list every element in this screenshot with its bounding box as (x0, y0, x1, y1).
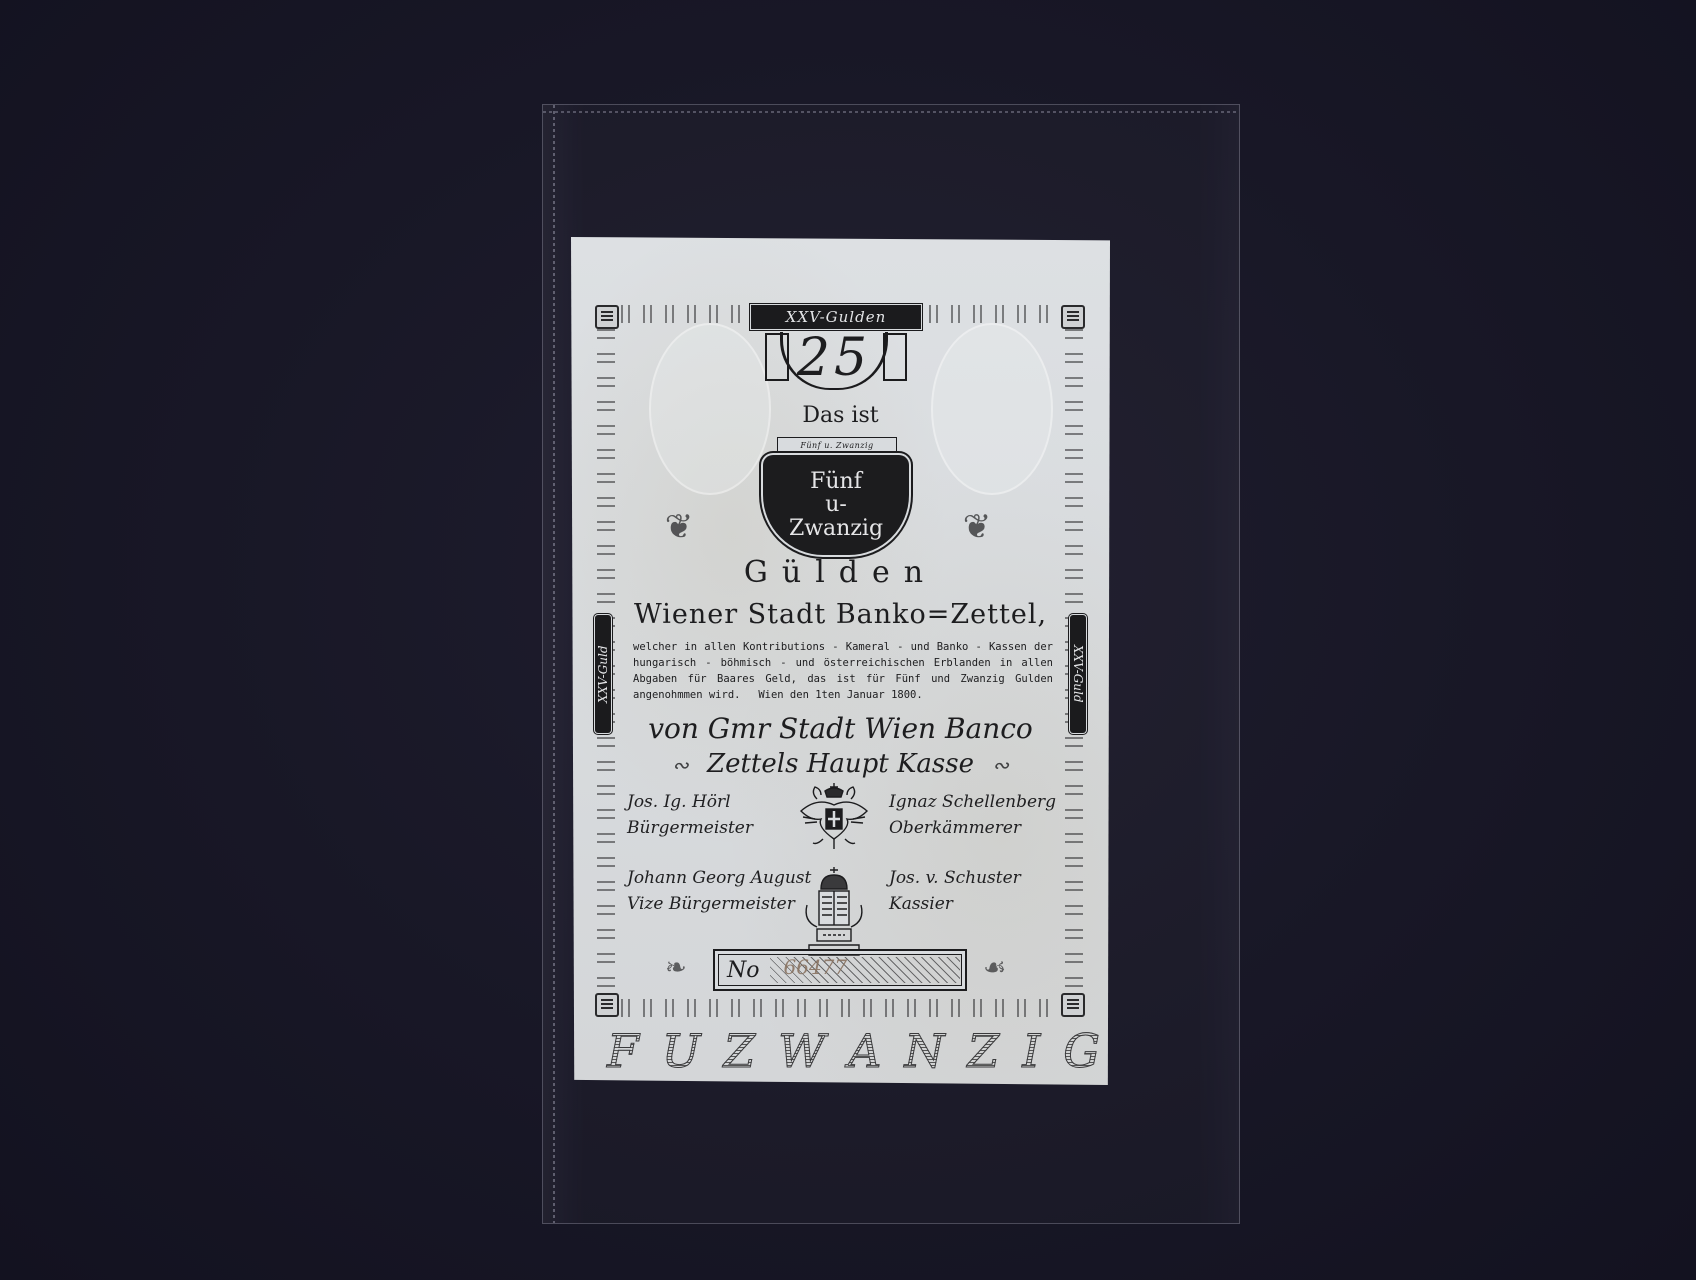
cartouche-caption: Fünf u. Zwanzig (777, 437, 897, 453)
banknote: XXV-Gulden 25 Das ist Fünf u. Zwanzig Fü… (571, 237, 1110, 1085)
serial-number-box: No 66477 (713, 949, 967, 991)
laurel-wreath-icon: ❦ (641, 507, 717, 547)
issue-date: Wien den 1ten Januar 1800. (571, 689, 1110, 701)
swash-ornament-icon: ∾ (982, 753, 1019, 777)
watermark-letter: U (662, 1024, 701, 1078)
top-denomination-label: XXV-Gulden (751, 305, 921, 329)
signature-title: Kassier (889, 891, 1021, 917)
denomination-shield: 25 (771, 329, 897, 393)
cartouche-line: Zwanzig (789, 517, 883, 540)
signature-block: Ignaz Schellenberg Oberkämmerer (889, 789, 1056, 841)
issuer-line-2: ∾ Zettels Haupt Kasse ∾ (571, 749, 1110, 779)
signature-name: Jos. v. Schuster (889, 865, 1021, 891)
signature-name: Jos. Ig. Hörl (627, 789, 753, 815)
double-headed-eagle-icon (793, 777, 875, 859)
watermark-letter: A (848, 1024, 881, 1078)
das-ist-text: Das ist (571, 403, 1110, 428)
laurel-wreath-icon: ❦ (939, 507, 1015, 547)
issuer-line-2-text: Zettels Haupt Kasse (707, 749, 974, 779)
watermark-letter: I (1022, 1024, 1040, 1078)
signature-name: Ignaz Schellenberg (889, 789, 1056, 815)
crowned-coat-of-arms-icon (799, 865, 869, 961)
signature-title: Vize Bürgermeister (627, 891, 811, 917)
note-title: Wiener Stadt Banko=Zettel, (571, 599, 1110, 630)
currency-word: Gülden (571, 555, 1110, 590)
watermark-letter: F (607, 1024, 639, 1078)
serial-hatching: 66477 (770, 957, 960, 983)
serial-handwritten: 66477 (784, 955, 848, 979)
signature-block: Jos. v. Schuster Kassier (889, 865, 1021, 917)
denomination-numeral: 25 (780, 332, 888, 390)
watermark-letter: Z (967, 1024, 999, 1078)
watermark-letter: G (1063, 1024, 1100, 1078)
value-cartouche: Fünf u- Zwanzig (763, 455, 909, 555)
cartouche-line: Fünf (810, 470, 862, 493)
scroll-ornament-icon: ☙ (983, 953, 1006, 983)
scroll-ornament-icon: ❧ (665, 953, 687, 983)
corner-rosette-icon (1061, 993, 1085, 1017)
corner-rosette-icon (595, 305, 619, 329)
signature-title: Bürgermeister (627, 815, 753, 841)
serial-prefix: No (727, 958, 760, 983)
signature-block: Jos. Ig. Hörl Bürgermeister (627, 789, 753, 841)
bottom-watermark-lettering: F U Z W A N Z I G (607, 1022, 1100, 1078)
issuer-line-1: von Gmr Stadt Wien Banco (571, 712, 1110, 745)
corner-rosette-icon (1061, 305, 1085, 329)
signature-name: Johann Georg August (627, 865, 811, 891)
cartouche-line: u- (825, 493, 847, 516)
watermark-letter: Z (723, 1024, 755, 1078)
corner-rosette-icon (595, 993, 619, 1017)
signature-block: Johann Georg August Vize Bürgermeister (627, 865, 811, 917)
watermark-letter: N (904, 1024, 944, 1078)
watermark-letter: W (778, 1024, 825, 1078)
signature-title: Oberkämmerer (889, 815, 1056, 841)
border-bottom (621, 999, 1059, 1017)
swash-ornament-icon: ∾ (662, 753, 699, 777)
